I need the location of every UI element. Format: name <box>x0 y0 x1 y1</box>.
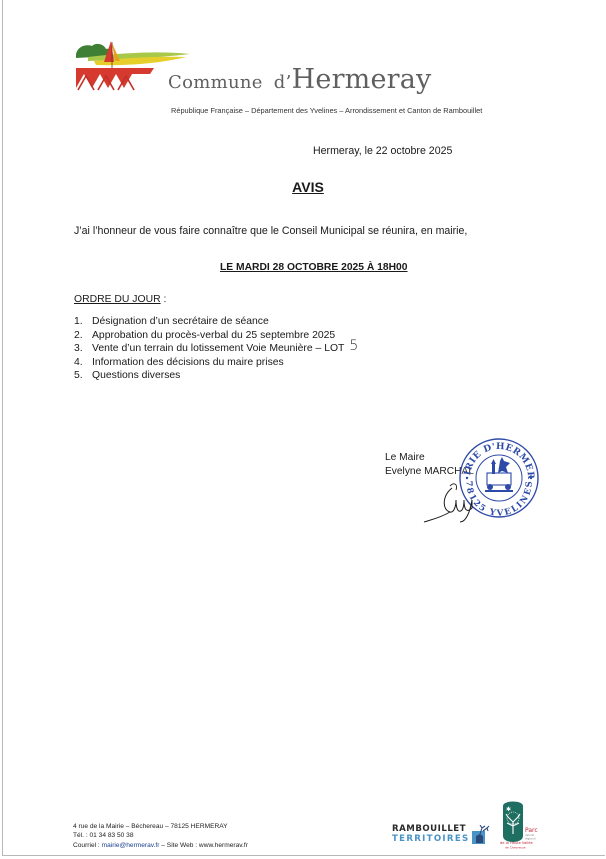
agenda-item-number: 5. <box>74 369 92 383</box>
agenda-item: 1. Désignation d’un secrétaire de séance <box>74 315 358 329</box>
agenda-heading: ORDRE DU JOUR : <box>74 294 166 305</box>
svg-text:naturel: naturel <box>525 833 534 837</box>
agenda-item-text: Désignation d’un secrétaire de séance <box>92 315 269 329</box>
footer-contact: Courriel : mairie@hermerav.fr – Site Web… <box>73 841 248 850</box>
intro-paragraph: J’ai l’honneur de vous faire connaître q… <box>74 225 467 237</box>
footer-email-link[interactable]: mairie@hermerav.fr <box>102 842 160 849</box>
svg-text:Parc: Parc <box>525 827 538 834</box>
commune-article: d’ <box>274 72 292 93</box>
deer-icon <box>472 825 490 844</box>
agenda-item-text: Vente d’un terrain du lotissement Voie M… <box>92 342 344 356</box>
agenda-item-text: Information des décisions du maire prise… <box>92 356 284 370</box>
svg-text:de la Haute Vallée: de la Haute Vallée <box>500 841 534 845</box>
agenda-heading-label: ORDRE DU JOUR <box>74 294 161 305</box>
footer-phone: Tél. : 01 34 83 50 38 <box>73 831 248 840</box>
footer-web: – Site Web : www.hermerav.fr <box>159 842 247 849</box>
agenda-list: 1. Désignation d’un secrétaire de séance… <box>74 315 358 383</box>
commune-prefix: Commune <box>168 72 263 93</box>
agenda-item: 3. Vente d’un terrain du lotissement Voi… <box>74 342 358 356</box>
agenda-item-number: 2. <box>74 329 92 343</box>
agenda-item-number: 4. <box>74 356 92 370</box>
meeting-date: LE MARDI 28 OCTOBRE 2025 À 18H00 <box>220 262 408 273</box>
footer-address: 4 rue de la Mairie – Béchereau – 78125 H… <box>73 822 248 850</box>
rt-logo-line1: RAMBOUILLET <box>392 825 470 834</box>
commune-name: Hermeray <box>292 64 432 95</box>
svg-text:✱: ✱ <box>506 806 511 813</box>
svg-text:de Chevreuse: de Chevreuse <box>505 846 526 850</box>
agenda-item: 4. Information des décisions du maire pr… <box>74 356 358 370</box>
page-frame <box>2 0 605 856</box>
agenda-item: 2. Approbation du procès-verbal du 25 se… <box>74 329 358 343</box>
svg-text:régional: régional <box>525 837 536 841</box>
commune-title: Commune d’Hermeray <box>168 66 432 93</box>
agenda-item-number: 1. <box>74 315 92 329</box>
signature-scribble-icon <box>420 478 490 528</box>
agenda-item-text: Approbation du procès-verbal du 25 septe… <box>92 329 335 343</box>
header-subtitle: République Française – Département des Y… <box>171 106 482 115</box>
handwritten-lot-number: 5 <box>349 340 358 354</box>
agenda-item-text: Questions diverses <box>92 369 180 383</box>
page-title: AVIS <box>0 179 606 195</box>
agenda-item: 5. Questions diverses <box>74 369 358 383</box>
rambouillet-territoires-logo: RAMBOUILLET TERRITOIRES <box>392 825 470 844</box>
footer-email-label: Courriel : <box>73 842 102 849</box>
agenda-heading-colon: : <box>161 294 167 305</box>
parc-naturel-logo: ✱ Parc naturel régional de la Haute Vall… <box>497 800 547 852</box>
footer-street: 4 rue de la Mairie – Béchereau – 78125 H… <box>73 822 248 831</box>
agenda-item-number: 3. <box>74 342 92 356</box>
letter-date: Hermeray, le 22 octobre 2025 <box>313 145 452 157</box>
rt-logo-line2: TERRITOIRES <box>392 834 470 844</box>
